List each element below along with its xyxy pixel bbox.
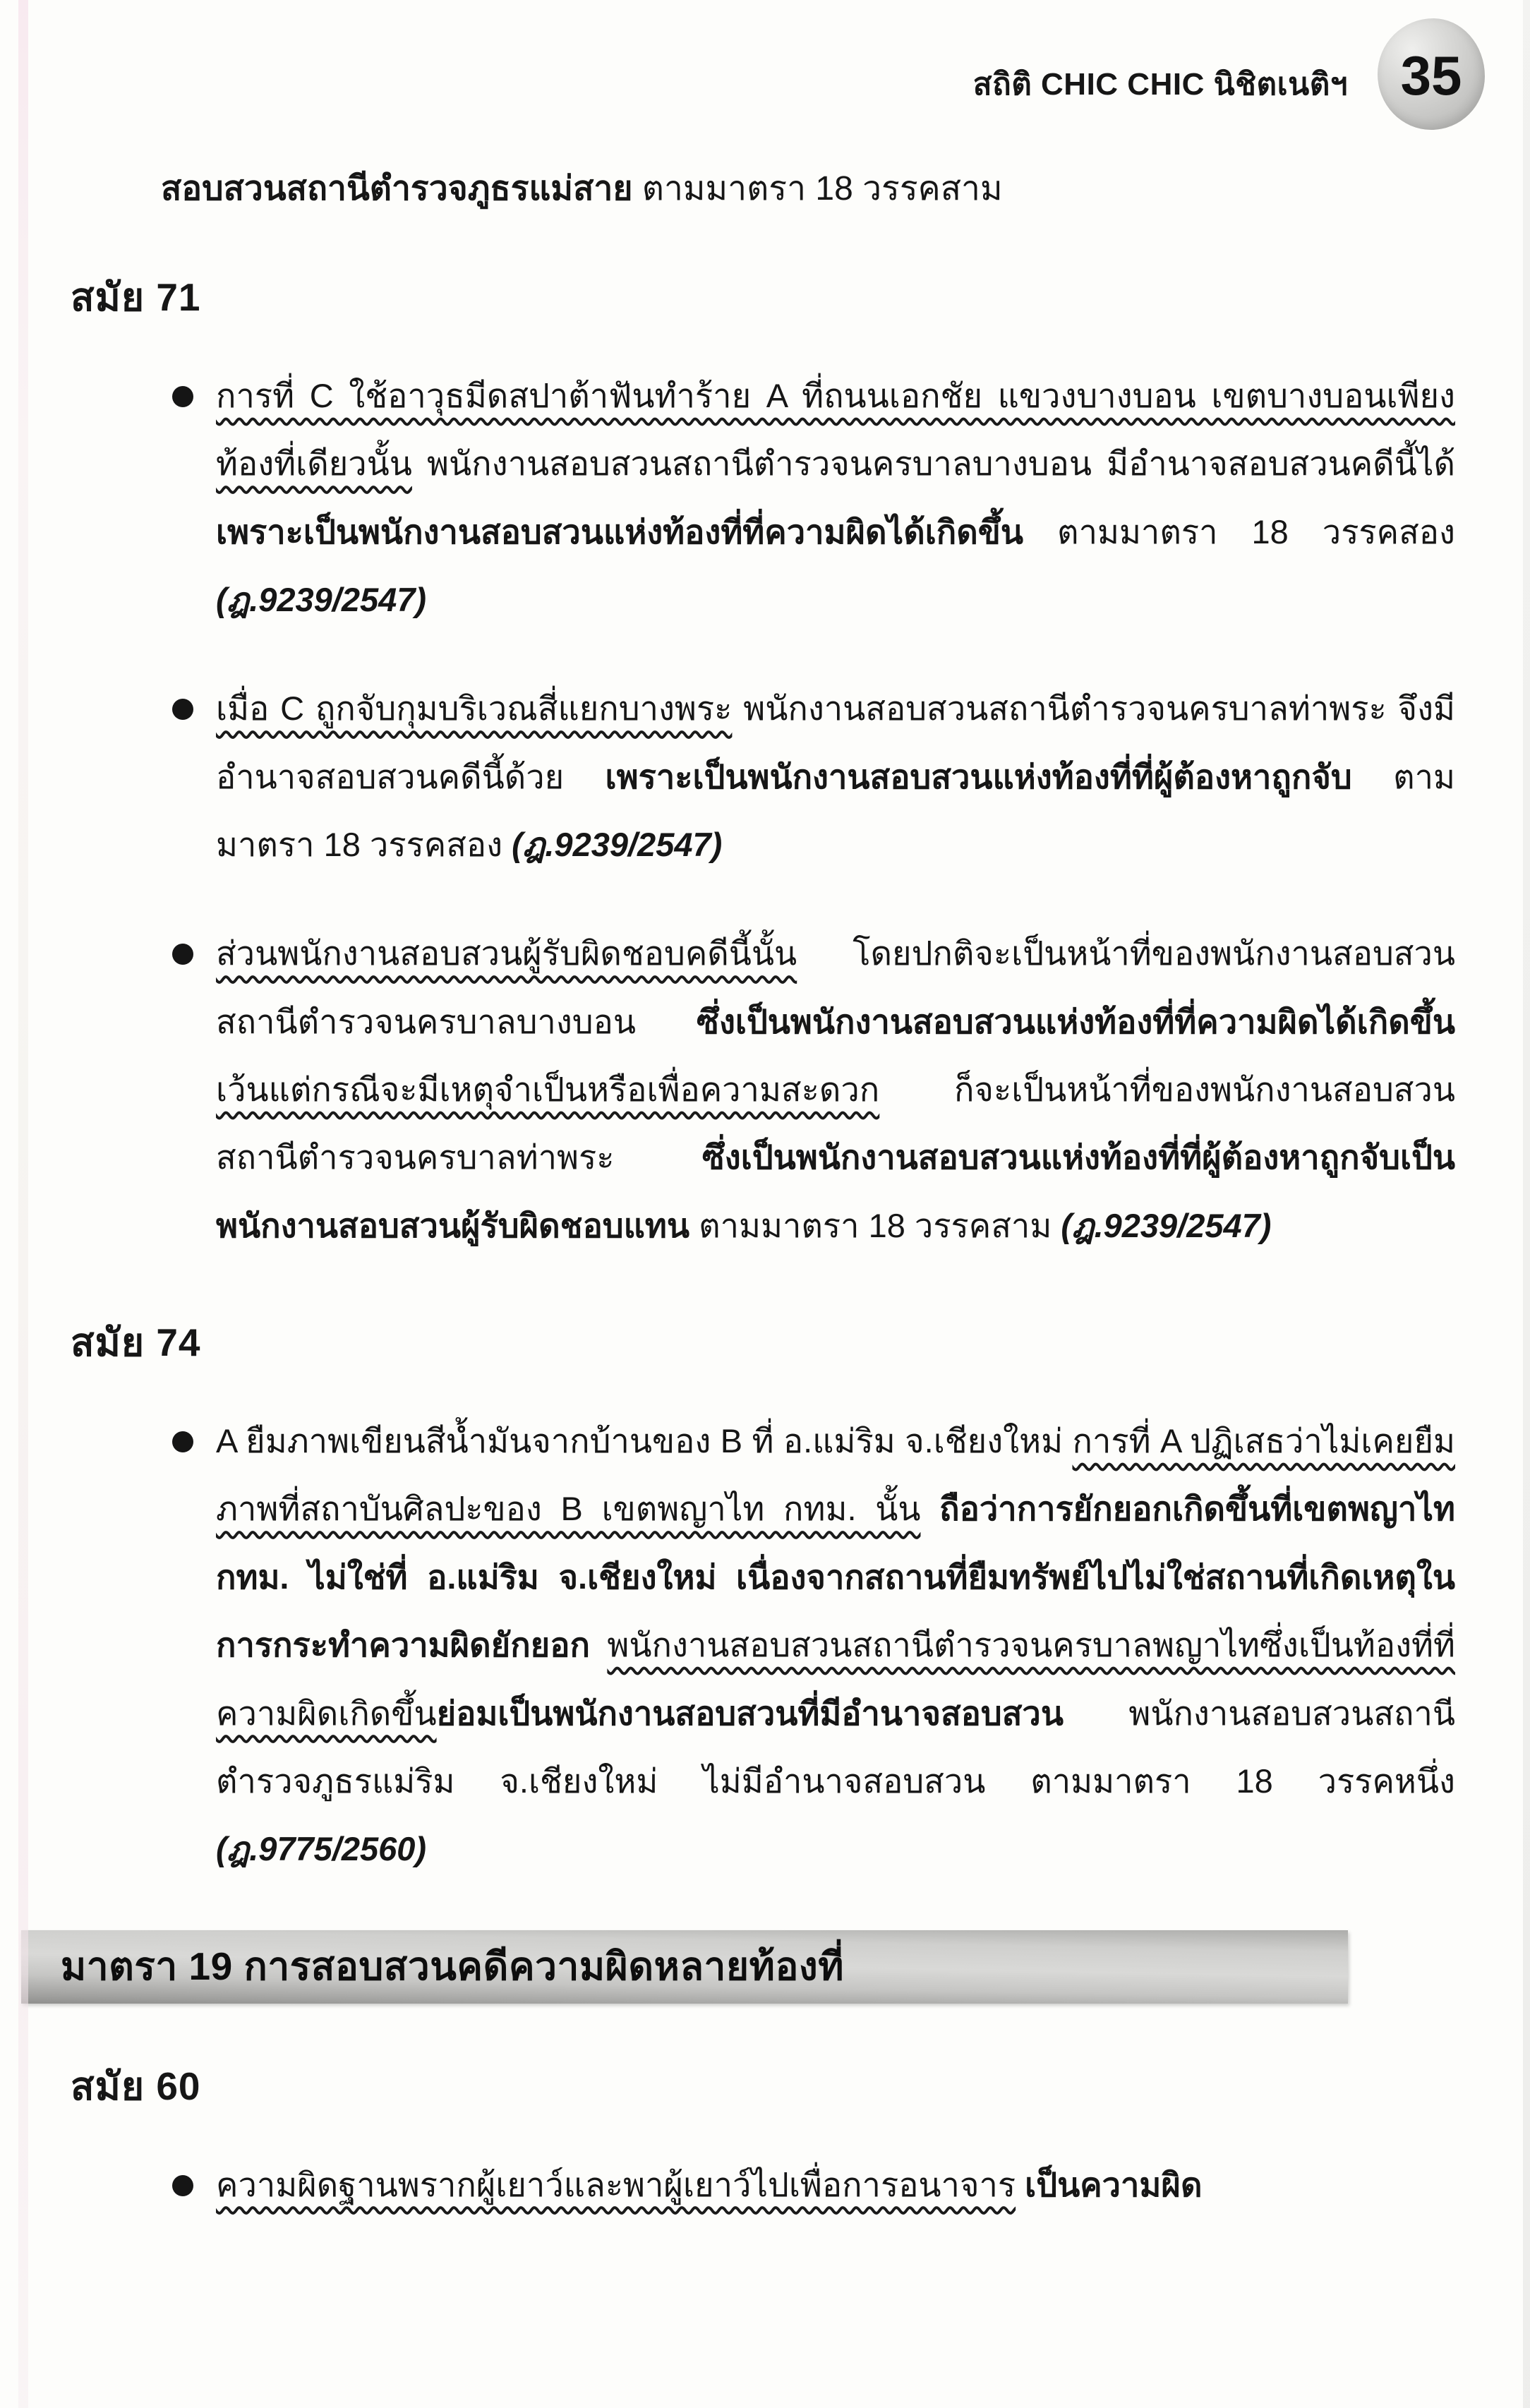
intro-line: สอบสวนสถานีตำรวจภูธรแม่สาย ตามมาตรา 18 ว…: [161, 164, 1455, 215]
intro-regular-text: ตามมาตรา 18 วรรคสาม: [632, 170, 1002, 207]
bullet-item: A ยืมภาพเขียนสีน้ำมันจากบ้านของ B ที่ อ.…: [71, 1407, 1455, 1883]
bullet-item: ส่วนพนักงานสอบสวนผู้รับผิดชอบคดีนี้นั้น …: [71, 920, 1455, 1260]
text-segment: [590, 1626, 607, 1663]
citation-text: (ฎ.9775/2560): [216, 1830, 426, 1867]
bullet-text: เมื่อ C ถูกจับกุมบริเวณสี่แยกบางพระ พนัก…: [216, 675, 1455, 879]
page-header: สถิติ CHIC CHIC นิชิตเนติฯ 35: [0, 0, 1530, 124]
section-heading-samai-71: สมัย 71: [71, 267, 1455, 328]
citation-text: (ฎ.9239/2547): [512, 826, 722, 863]
text-segment: เพราะเป็นพนักงานสอบสวนแห่งท้องที่ที่ความ…: [216, 513, 1023, 550]
page-content: สอบสวนสถานีตำรวจภูธรแม่สาย ตามมาตรา 18 ว…: [0, 164, 1530, 2219]
text-segment: A ยืมภาพเขียนสีน้ำมันจากบ้านของ B ที่ อ.…: [216, 1422, 1073, 1459]
book-title: สถิติ CHIC CHIC นิชิตเนติฯ: [973, 59, 1348, 109]
bullet-item: การที่ C ใช้อาวุธมีดสปาต้าฟันทำร้าย A ที…: [71, 362, 1455, 634]
text-segment: ซึ่งเป็นพนักงานสอบสวนแห่งท้องที่ที่ความผ…: [697, 1003, 1455, 1040]
bullet-dot-icon: [172, 944, 193, 965]
citation-text: (ฎ.9239/2547): [216, 581, 426, 618]
intro-bold-text: สอบสวนสถานีตำรวจภูธรแม่สาย: [161, 170, 632, 207]
bullet-dot-icon: [172, 699, 193, 720]
section-heading-samai-60: สมัย 60: [71, 2056, 1455, 2117]
bullet-list: A ยืมภาพเขียนสีน้ำมันจากบ้านของ B ที่ อ.…: [71, 1407, 1455, 1883]
bullet-text: ความผิดฐานพรากผู้เยาว์และพาผู้เยาว์ไปเพื…: [216, 2151, 1455, 2219]
text-segment: ย่อมเป็นพนักงานสอบสวนที่มีอำนาจสอบสวน: [437, 1694, 1064, 1732]
text-segment: ความผิดฐานพรากผู้เยาว์และพาผู้เยาว์ไปเพื…: [216, 2166, 1016, 2203]
bullet-text: A ยืมภาพเขียนสีน้ำมันจากบ้านของ B ที่ อ.…: [216, 1407, 1455, 1883]
bullet-text: การที่ C ใช้อาวุธมีดสปาต้าฟันทำร้าย A ที…: [216, 362, 1455, 634]
text-segment: ส่วนพนักงานสอบสวนผู้รับผิดชอบคดีนี้นั้น: [216, 934, 797, 972]
book-page: สถิติ CHIC CHIC นิชิตเนติฯ 35 สอบสวนสถาน…: [0, 0, 1530, 2408]
page-number-badge: 35: [1378, 18, 1485, 130]
text-segment: เมื่อ C ถูกจับกุมบริเวณสี่แยกบางพระ: [216, 690, 732, 727]
text-segment: เพราะเป็นพนักงานสอบสวนแห่งท้องที่ที่ผู้ต…: [606, 758, 1352, 795]
bullet-text: ส่วนพนักงานสอบสวนผู้รับผิดชอบคดีนี้นั้น …: [216, 920, 1455, 1260]
text-segment: ตามมาตรา 18 วรรคสอง: [1023, 513, 1455, 550]
section-heading-samai-74: สมัย 74: [71, 1312, 1455, 1373]
bullet-dot-icon: [172, 2175, 193, 2196]
text-segment: เว้นแต่กรณีจะมีเหตุจำเป็นหรือเพื่อความสะ…: [216, 1071, 879, 1108]
page-number: 35: [1401, 44, 1462, 108]
bullet-dot-icon: [172, 386, 193, 407]
bullet-list: การที่ C ใช้อาวุธมีดสปาต้าฟันทำร้าย A ที…: [71, 362, 1455, 1260]
text-segment: พนักงานสอบสวนสถานีตำรวจนครบาลบางบอน มีอำ…: [412, 445, 1455, 482]
text-segment: ตามมาตรา 18 วรรคสาม: [689, 1207, 1061, 1244]
bullet-item: เมื่อ C ถูกจับกุมบริเวณสี่แยกบางพระ พนัก…: [71, 675, 1455, 879]
law-section-bar-label: มาตรา 19 การสอบสวนคดีความผิดหลายท้องที่: [61, 1936, 844, 1997]
law-section-bar: มาตรา 19 การสอบสวนคดีความผิดหลายท้องที่: [21, 1930, 1348, 2004]
bullet-item: ความผิดฐานพรากผู้เยาว์และพาผู้เยาว์ไปเพื…: [71, 2151, 1455, 2219]
bullet-list: ความผิดฐานพรากผู้เยาว์และพาผู้เยาว์ไปเพื…: [71, 2151, 1455, 2219]
text-segment: เป็นความผิด: [1016, 2166, 1202, 2203]
bullet-dot-icon: [172, 1431, 193, 1452]
citation-text: (ฎ.9239/2547): [1061, 1207, 1271, 1244]
